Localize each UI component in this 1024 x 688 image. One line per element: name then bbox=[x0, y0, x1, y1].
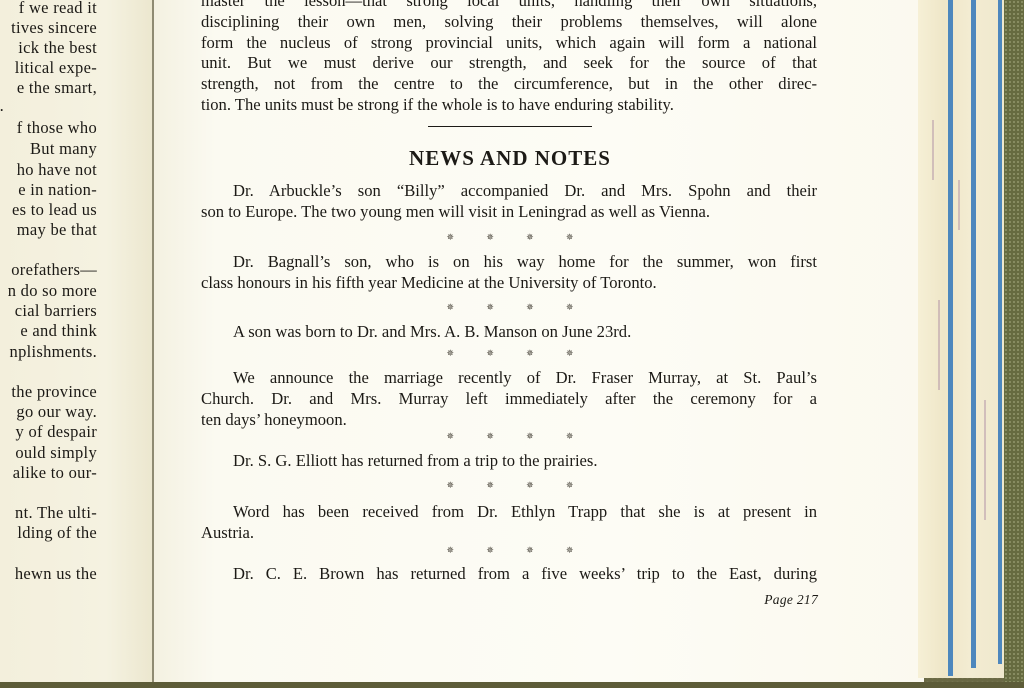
fore-edge-stain bbox=[984, 400, 986, 520]
left-page-line: y of despair bbox=[16, 422, 98, 442]
text-line: disciplining their own men, solving thei… bbox=[201, 12, 817, 33]
note-separator-ornament: ✵ ✵ ✵ ✵ bbox=[154, 232, 866, 243]
news-note: Dr. Bagnall’s son, who is on his way hom… bbox=[201, 252, 817, 294]
note-separator-ornament: ✵ ✵ ✵ ✵ bbox=[154, 348, 866, 359]
news-note: A son was born to Dr. and Mrs. A. B. Man… bbox=[201, 322, 817, 343]
left-page-line: hewn us the bbox=[15, 564, 97, 584]
left-page-line: f we read it bbox=[19, 0, 97, 18]
news-note: Word has been received from Dr. Ethlyn T… bbox=[201, 502, 817, 544]
left-page: f we read it tives sincere ick the best … bbox=[0, 0, 154, 686]
text-line: Dr. Bagnall’s son, who is on his way hom… bbox=[201, 252, 817, 273]
fore-edge-stain bbox=[932, 120, 934, 180]
text-line: A son was born to Dr. and Mrs. A. B. Man… bbox=[201, 322, 817, 343]
text-line: son to Europe. The two young men will vi… bbox=[201, 202, 817, 223]
text-line: master the lesson—that strong local unit… bbox=[201, 0, 817, 12]
fore-edge-stain bbox=[958, 180, 960, 230]
left-page-line: nplishments. bbox=[10, 342, 97, 362]
news-note: Dr. S. G. Elliott has returned from a tr… bbox=[201, 451, 817, 472]
intro-paragraph: master the lesson—that strong local unit… bbox=[201, 0, 817, 116]
text-line: Dr. S. G. Elliott has returned from a tr… bbox=[201, 451, 817, 472]
left-page-line: litical expe- bbox=[15, 58, 97, 78]
left-page-line: orefathers— bbox=[11, 260, 97, 280]
left-page-line: But many bbox=[30, 139, 97, 159]
text-line: Austria. bbox=[201, 523, 817, 544]
left-page-line: may be that bbox=[17, 220, 97, 240]
left-page-line: . bbox=[0, 96, 4, 116]
left-page-line: ho have not bbox=[17, 160, 97, 180]
left-page-line: n do so more bbox=[8, 281, 97, 301]
book-cover-bottom bbox=[0, 682, 1024, 688]
section-divider-rule bbox=[428, 126, 592, 127]
note-separator-ornament: ✵ ✵ ✵ ✵ bbox=[154, 431, 866, 442]
news-note: Dr. C. E. Brown has returned from a five… bbox=[201, 564, 817, 585]
left-page-line: the province bbox=[11, 382, 97, 402]
text-line: We announce the marriage recently of Dr.… bbox=[201, 368, 817, 389]
text-line: Church. Dr. and Mrs. Murray left immedia… bbox=[201, 389, 817, 410]
text-line: Dr. Arbuckle’s son “Billy” accompanied D… bbox=[201, 181, 817, 202]
news-note: We announce the marriage recently of Dr.… bbox=[201, 368, 817, 430]
section-heading: NEWS AND NOTES bbox=[154, 146, 866, 171]
left-page-line: lding of the bbox=[17, 523, 97, 543]
news-note: Dr. Arbuckle’s son “Billy” accompanied D… bbox=[201, 181, 817, 223]
note-separator-ornament: ✵ ✵ ✵ ✵ bbox=[154, 480, 866, 491]
left-page-line: e in nation- bbox=[18, 180, 97, 200]
left-page-line: go our way. bbox=[16, 402, 97, 422]
left-page-line: cial barriers bbox=[15, 301, 97, 321]
left-page-line: e the smart, bbox=[17, 78, 97, 98]
left-page-line: alike to our- bbox=[13, 463, 97, 483]
fore-edge-stripe bbox=[998, 0, 1002, 664]
page-number: Page 217 bbox=[764, 592, 818, 608]
text-line: strength, not from the centre to the cir… bbox=[201, 74, 817, 95]
right-page: master the lesson—that strong local unit… bbox=[154, 0, 924, 683]
left-page-line: e and think bbox=[20, 321, 97, 341]
book-fore-edge bbox=[918, 0, 1004, 678]
left-page-line: ick the best bbox=[18, 38, 97, 58]
text-line: unit. But we must derive our strength, a… bbox=[201, 53, 817, 74]
text-line: Dr. C. E. Brown has returned from a five… bbox=[201, 564, 817, 585]
text-line: ten days’ honeymoon. bbox=[201, 410, 817, 431]
left-page-line: ould simply bbox=[15, 443, 97, 463]
text-line: class honours in his fifth year Medicine… bbox=[201, 273, 817, 294]
fore-edge-stripe bbox=[948, 0, 953, 676]
left-page-line: f those who bbox=[17, 118, 97, 138]
text-line: form the nucleus of strong provincial un… bbox=[201, 33, 817, 54]
left-page-line: nt. The ulti- bbox=[15, 503, 97, 523]
fore-edge-stripe bbox=[971, 0, 976, 668]
text-line: Word has been received from Dr. Ethlyn T… bbox=[201, 502, 817, 523]
left-page-line: tives sincere bbox=[11, 18, 97, 38]
note-separator-ornament: ✵ ✵ ✵ ✵ bbox=[154, 545, 866, 556]
text-line: tion. The units must be strong if the wh… bbox=[201, 95, 817, 116]
fore-edge-stain bbox=[938, 300, 940, 390]
book-cover-cloth bbox=[1004, 0, 1024, 688]
note-separator-ornament: ✵ ✵ ✵ ✵ bbox=[154, 302, 866, 313]
left-page-line: es to lead us bbox=[12, 200, 97, 220]
